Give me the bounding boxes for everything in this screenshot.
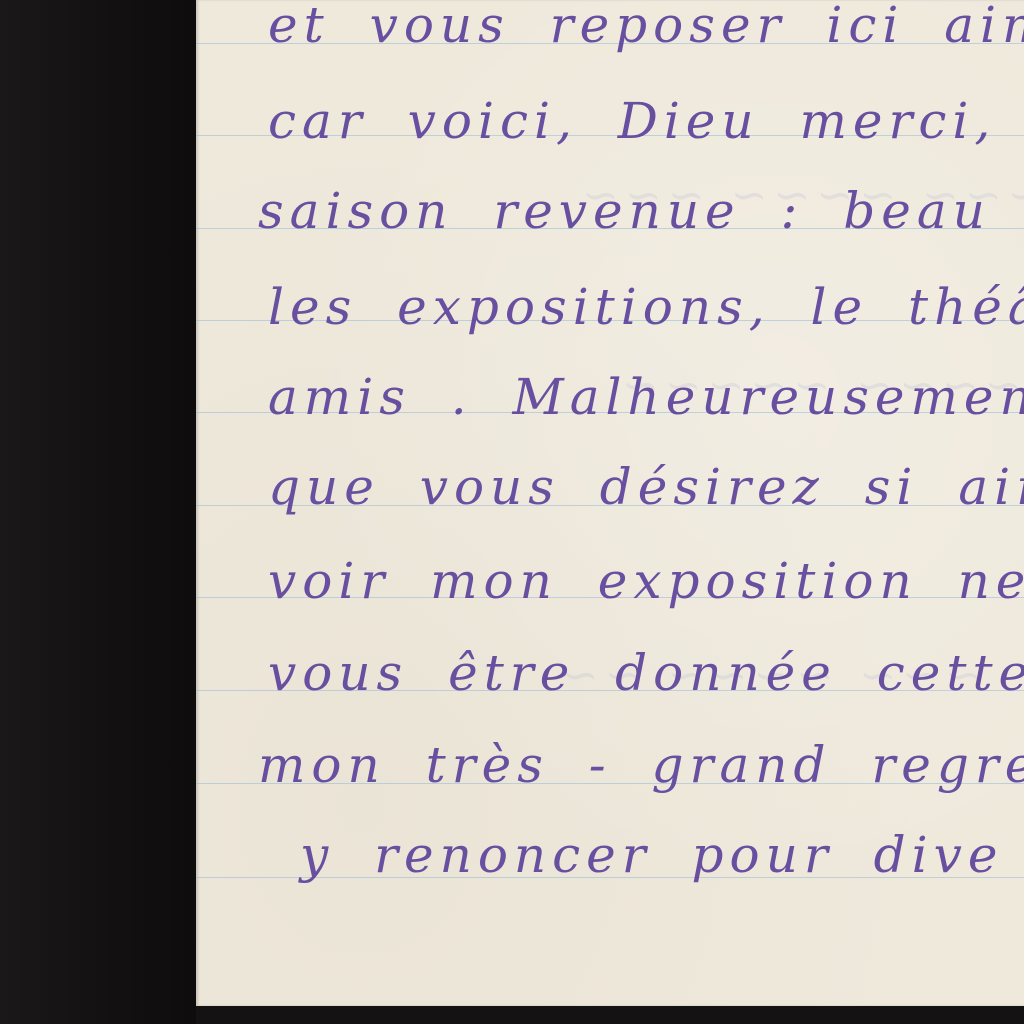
handwritten-line-6: que vous désirez si aima [268,462,1024,512]
dark-background-left [0,0,196,1024]
handwritten-line-9: mon très - grand regret [258,740,1024,790]
handwritten-line-10: y renoncer pour dive [300,830,1003,880]
handwritten-line-2: car voici, Dieu merci, [268,96,996,146]
handwritten-line-3: saison revenue : beau te [258,186,1024,236]
scan-frame: ~~~ ~~~~ ~~~ ~~~~ ~~~~~ ~~~ ~~~~ ~~ et v… [0,0,1024,1024]
letter-page: ~~~ ~~~~ ~~~ ~~~~ ~~~~~ ~~~ ~~~~ ~~ et v… [196,0,1024,1006]
handwritten-line-7: voir mon exposition ne [268,556,1024,606]
handwritten-line-1: et vous reposer ici aim [268,0,1024,50]
handwritten-line-8: vous être donnée cette an [268,648,1024,698]
handwritten-line-5: amis . Malheureusement [268,372,1024,422]
handwritten-line-4: les expositions, le théâ [268,282,1024,332]
